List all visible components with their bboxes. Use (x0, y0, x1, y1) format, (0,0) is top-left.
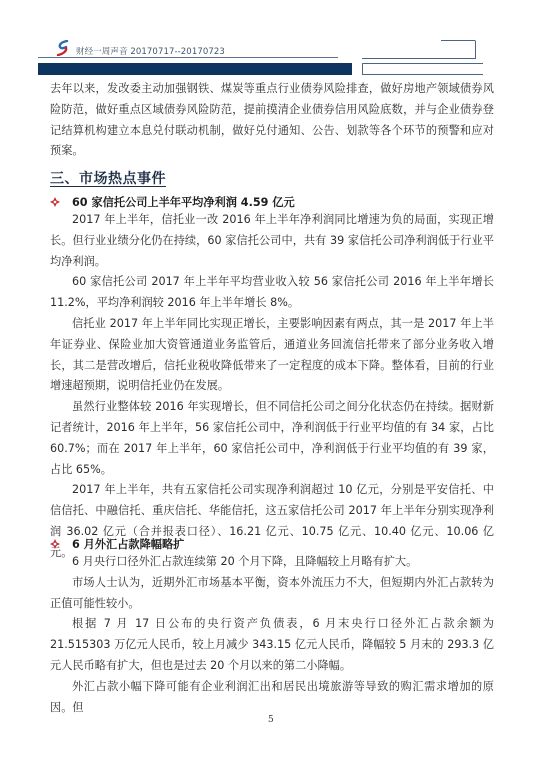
paragraph: 60 家信托公司 2017 年上半年平均营业收入较 56 家信托公司 2016 … (50, 272, 494, 314)
paragraph: 根据 7 月 17 日公布的央行资产负债表，6 月末央行口径外汇占款余额为 21… (50, 614, 494, 676)
item-heading-fx-reserves: 6 月外汇占款降幅略扩 (50, 536, 184, 552)
item-body-trust-profit: 2017 年上半年，信托业一改 2016 年上半年净利润同比增速为负的局面，实现… (50, 210, 494, 564)
header-rule (38, 57, 338, 58)
intro-paragraph: 去年以来，发改委主动加强钢铁、煤炭等重点行业债券风险排查，做好房地产领域债券风险… (50, 79, 494, 162)
paragraph: 信托业 2017 年上半年同比实现正增长，主要影响因素有两点，其一是 2017 … (50, 314, 494, 397)
diamond-bullet-icon (50, 197, 60, 207)
item-heading-text: 6 月外汇占款降幅略扩 (72, 538, 184, 551)
item-heading-trust-profit: 60 家信托公司上半年平均净利润 4.59 亿元 (50, 194, 295, 210)
page-number: 5 (268, 715, 274, 725)
header-bar (38, 63, 352, 75)
header-title: 财经一周声音 20170717--20170723 (76, 45, 225, 57)
paragraph: 2017 年上半年，信托业一改 2016 年上半年净利润同比增速为负的局面，实现… (50, 210, 494, 272)
document-page: 财经一周声音 20170717--20170723 去年以来，发改委主动加强钢铁… (0, 0, 543, 768)
paragraph: 虽然行业整体较 2016 年实现增长，但不同信托公司之间分化状态仍在持续。据财新… (50, 397, 494, 480)
section-title: 三、市场热点事件 (50, 168, 166, 188)
header-bracket-decoration (362, 40, 476, 59)
paragraph: 市场人士认为，近期外汇市场基本平衡，资本外流压力不大，但短期内外汇占款转为正值可… (50, 573, 494, 615)
paragraph: 外汇占款小幅下降可能有企业利润汇出和居民出境旅游等导致的购汇需求增加的原因。但 (50, 677, 494, 719)
paragraph: 6 月央行口径外汇占款连续第 20 个月下降，且降幅较上月略有扩大。 (50, 552, 494, 573)
diamond-bullet-icon (50, 539, 60, 549)
item-body-fx-reserves: 6 月央行口径外汇占款连续第 20 个月下降，且降幅较上月略有扩大。 市场人士认… (50, 552, 494, 718)
intro-text: 去年以来，发改委主动加强钢铁、煤炭等重点行业债券风险排查，做好房地产领域债券风险… (50, 79, 494, 162)
s-swoosh-logo-icon (56, 40, 70, 56)
header-bracket-decoration-lower (362, 63, 483, 75)
item-heading-text: 60 家信托公司上半年平均净利润 4.59 亿元 (72, 196, 295, 209)
